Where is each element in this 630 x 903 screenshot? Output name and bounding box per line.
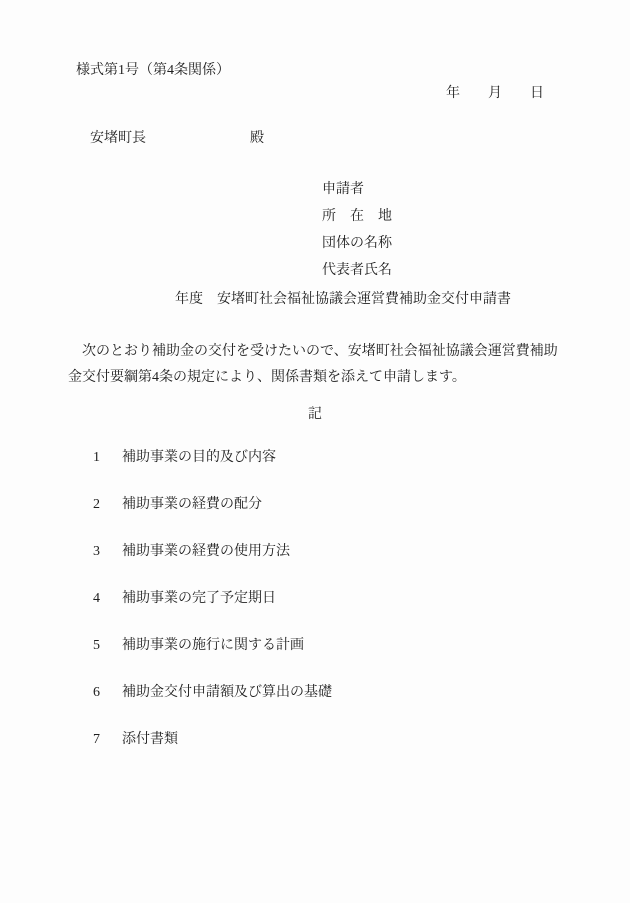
form-number: 様式第1号（第4条関係） xyxy=(76,61,230,81)
list-item: 2補助事業の経費の配分 xyxy=(93,495,332,515)
addressee-line: 安堵町長殿 xyxy=(90,129,264,149)
list-item-text: 添付書類 xyxy=(122,732,178,747)
applicant-organization-label: 団体の名称 xyxy=(322,230,392,257)
list-item-text: 補助事業の完了予定期日 xyxy=(122,591,276,606)
list-item-text: 補助事業の経費の配分 xyxy=(122,497,262,512)
document-title: 年度 安堵町社会福祉協議会運営費補助金交付申請書 xyxy=(0,290,630,310)
applicant-label: 申請者 xyxy=(322,176,392,203)
list-item-text: 補助事業の施行に関する計画 xyxy=(122,638,304,653)
addressee-name: 安堵町長 xyxy=(90,131,146,146)
list-item: 3補助事業の経費の使用方法 xyxy=(93,542,332,562)
document-page: 様式第1号（第4条関係） 年 月 日 安堵町長殿 申請者 所 在 地 団体の名称… xyxy=(0,0,630,903)
list-item-number: 7 xyxy=(93,730,107,750)
list-item-number: 5 xyxy=(93,636,107,656)
body-paragraph-line-2: 金交付要綱第4条の規定により、関係書類を添えて申請します。 xyxy=(68,365,568,391)
body-paragraph-line-1: 次のとおり補助金の交付を受けたいので、安堵町社会福祉協議会運営費補助 xyxy=(68,339,568,365)
list-item: 7添付書類 xyxy=(93,730,332,750)
list-item-number: 2 xyxy=(93,495,107,515)
date-line: 年 月 日 xyxy=(446,84,544,104)
list-item-number: 1 xyxy=(93,448,107,468)
applicant-representative-label: 代表者氏名 xyxy=(322,257,392,284)
list-item-number: 4 xyxy=(93,589,107,609)
applicant-block: 申請者 所 在 地 団体の名称 代表者氏名 xyxy=(322,176,392,284)
body-paragraph: 次のとおり補助金の交付を受けたいので、安堵町社会福祉協議会運営費補助 金交付要綱… xyxy=(68,339,568,391)
list-item-number: 3 xyxy=(93,542,107,562)
list-item-text: 補助事業の目的及び内容 xyxy=(122,450,276,465)
record-marker: 記 xyxy=(0,405,630,425)
list-item: 4補助事業の完了予定期日 xyxy=(93,589,332,609)
addressee-honorific: 殿 xyxy=(250,131,264,146)
list-item: 6補助金交付申請額及び算出の基礎 xyxy=(93,683,332,703)
required-items-list: 1補助事業の目的及び内容 2補助事業の経費の配分 3補助事業の経費の使用方法 4… xyxy=(93,448,332,777)
list-item-text: 補助金交付申請額及び算出の基礎 xyxy=(122,685,332,700)
list-item: 1補助事業の目的及び内容 xyxy=(93,448,332,468)
list-item-number: 6 xyxy=(93,683,107,703)
list-item: 5補助事業の施行に関する計画 xyxy=(93,636,332,656)
list-item-text: 補助事業の経費の使用方法 xyxy=(122,544,290,559)
applicant-address-label: 所 在 地 xyxy=(322,203,392,230)
